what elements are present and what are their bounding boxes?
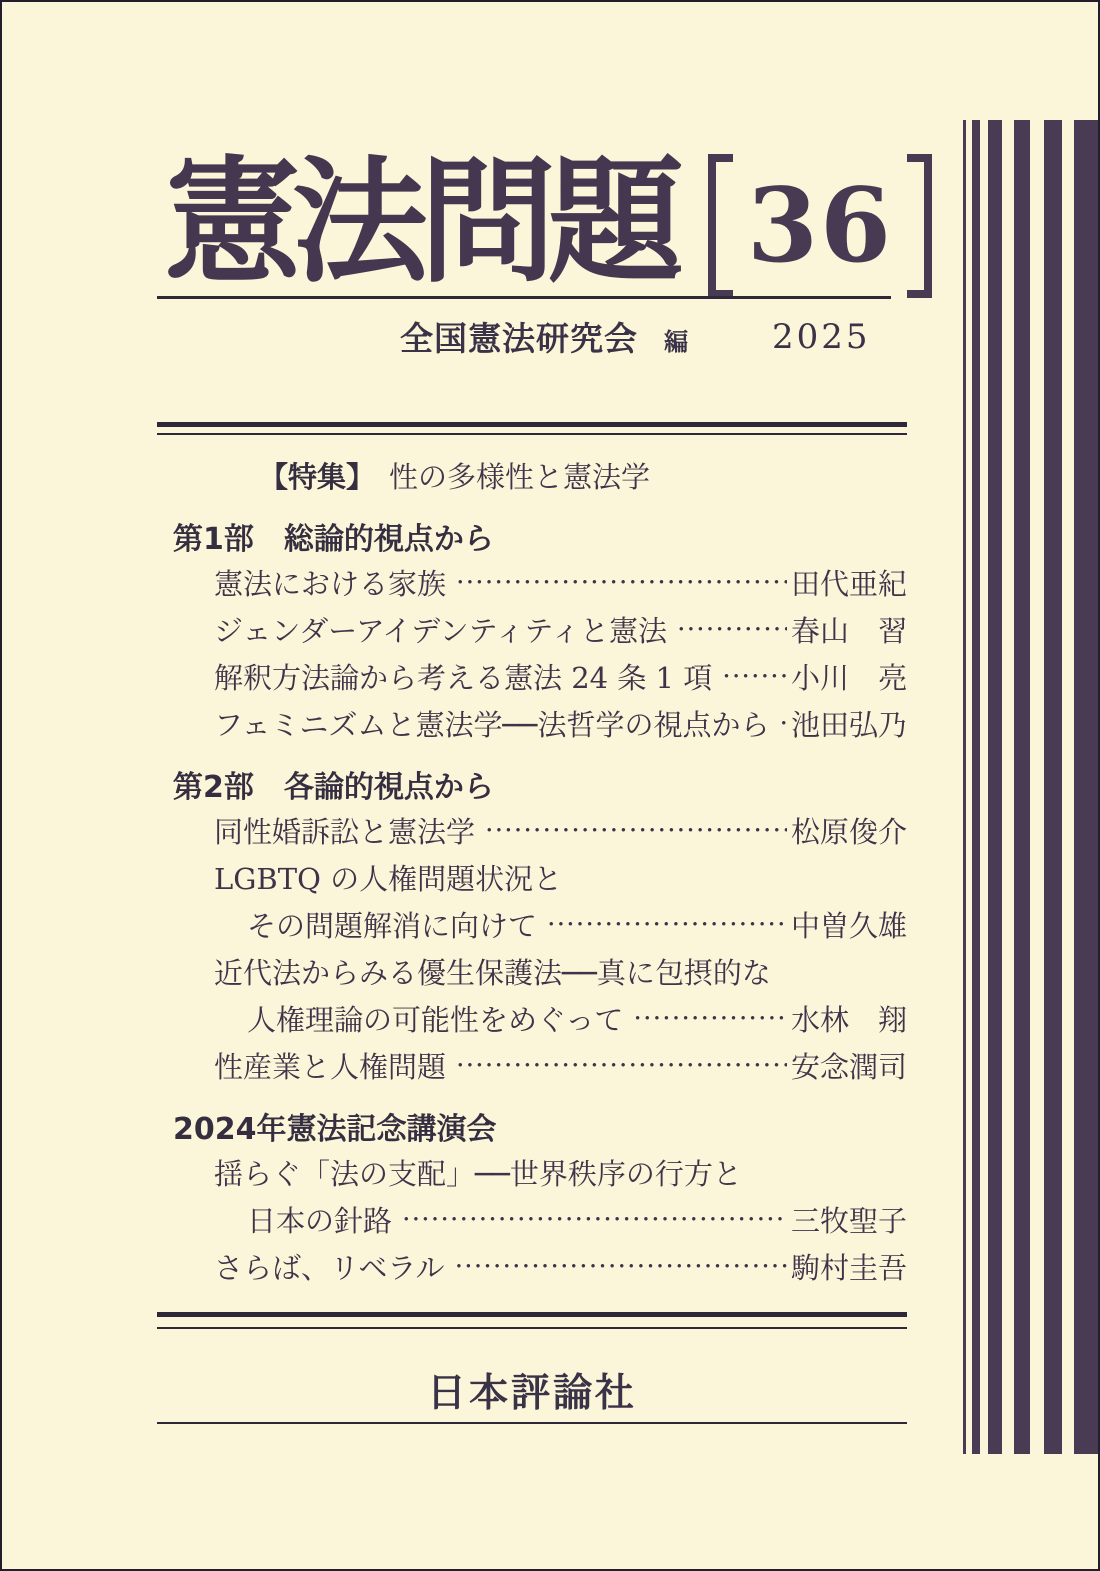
book-cover: 憲法問題 36 全国憲法研究会編 2025 【特集】 性の多様性と憲法学 第1部…	[0, 0, 1100, 1571]
cover-stripe	[972, 120, 980, 1454]
entry-author: 三牧聖子	[791, 1199, 907, 1240]
entry-author: 安念潤司	[791, 1045, 907, 1086]
toc-entry: さらば、リベラル································…	[157, 1243, 907, 1290]
cover-stripe	[1074, 120, 1100, 1454]
dot-leader: ········································…	[633, 1003, 787, 1034]
entry-author: 小川 亮	[791, 656, 907, 697]
editor-role: 編	[664, 328, 689, 356]
dot-leader: ········································…	[779, 708, 787, 739]
book-title: 憲法問題	[164, 142, 676, 302]
toc-entry: 解釈方法論から考える憲法 24 条 1 項···················…	[157, 653, 907, 700]
toc-entry: 同性婚訴訟と憲法学·······························…	[157, 807, 907, 854]
entry-title: LGBTQ の人権問題状況と	[214, 857, 562, 898]
toc-section-heading: 第1部 総論的視点から	[157, 512, 907, 559]
volume-number: 36	[733, 154, 907, 298]
entry-title: ジェンダーアイデンティティと憲法	[214, 609, 667, 650]
toc-top-rule-thick	[157, 422, 907, 427]
editor-name: 全国憲法研究会	[400, 319, 638, 358]
dot-leader: ········································…	[677, 614, 787, 645]
year-label: 2025	[772, 317, 871, 357]
entry-title: フェミニズムと憲法学──法哲学の視点から	[214, 703, 769, 744]
entry-author: 春山 習	[791, 609, 907, 650]
entry-author: 池田弘乃	[791, 703, 907, 744]
entry-title: 憲法における家族	[214, 562, 446, 603]
feature-label: 【特集】	[259, 455, 375, 496]
entry-author: 松原俊介	[791, 810, 907, 851]
dot-leader: ········································…	[485, 815, 787, 846]
volume-badge: 36	[708, 154, 932, 298]
dot-leader: ········································…	[456, 1050, 787, 1081]
table-of-contents: 【特集】 性の多様性と憲法学 第1部 総論的視点から憲法における家族······…	[157, 452, 907, 1290]
toc-entry: その問題解消に向けて······························…	[157, 901, 907, 948]
entry-author: 田代亜紀	[791, 562, 907, 603]
dot-leader: ········································…	[455, 1251, 787, 1282]
section-heading-text: 第1部 総論的視点から	[173, 514, 494, 558]
section-heading-text: 2024年憲法記念講演会	[173, 1104, 497, 1148]
cover-stripe	[988, 120, 1002, 1454]
cover-stripe	[963, 120, 966, 1454]
toc-entry: 性産業と人権問題································…	[157, 1042, 907, 1089]
entry-author: 水林 翔	[791, 998, 907, 1039]
entry-title: 近代法からみる優生保護法──真に包摂的な	[214, 951, 771, 992]
entry-title: 性産業と人権問題	[214, 1045, 446, 1086]
toc-top-rule-thin	[157, 433, 907, 435]
toc-bottom-rule-thick	[157, 1312, 907, 1317]
dot-leader: ········································…	[402, 1204, 787, 1235]
entry-title: 同性婚訴訟と憲法学	[214, 810, 475, 851]
toc-entry: LGBTQ の人権問題状況と	[157, 854, 907, 901]
toc-entry: 憲法における家族································…	[157, 559, 907, 606]
entry-title: 解釈方法論から考える憲法 24 条 1 項	[214, 656, 712, 697]
entry-title: 日本の針路	[247, 1199, 392, 1240]
entry-author: 中曽久雄	[791, 904, 907, 945]
toc-entry: 近代法からみる優生保護法──真に包摂的な	[157, 948, 907, 995]
toc-entry: 日本の針路···································…	[157, 1196, 907, 1243]
entry-title: その問題解消に向けて	[247, 904, 537, 945]
toc-entry: 揺らぐ「法の支配」──世界秩序の行方と	[157, 1149, 907, 1196]
entry-title: 人権理論の可能性をめぐって	[247, 998, 623, 1039]
publisher-name: 日本評論社	[157, 1362, 907, 1418]
section-heading-text: 第2部 各論的視点から	[173, 762, 494, 806]
toc-entry: ジェンダーアイデンティティと憲法························…	[157, 606, 907, 653]
volume-left-bracket-icon	[708, 154, 733, 298]
toc-section-heading: 第2部 各論的視点から	[157, 760, 907, 807]
dot-leader: ········································…	[547, 909, 787, 940]
toc-bottom-rule-thin	[157, 1327, 907, 1329]
toc-entry: 人権理論の可能性をめぐって···························…	[157, 995, 907, 1042]
toc-entry: フェミニズムと憲法学──法哲学の視点から····················…	[157, 700, 907, 747]
editor-line: 全国憲法研究会編	[400, 313, 689, 360]
title-underline	[157, 296, 891, 299]
entry-title: 揺らぐ「法の支配」──世界秩序の行方と	[214, 1152, 742, 1193]
dot-leader: ········································…	[722, 661, 787, 692]
volume-right-bracket-icon	[907, 154, 932, 298]
feature-heading: 【特集】 性の多様性と憲法学	[157, 452, 907, 499]
toc-section-heading: 2024年憲法記念講演会	[157, 1102, 907, 1149]
toc-rows: 第1部 総論的視点から憲法における家族·····················…	[157, 512, 907, 1290]
dot-leader: ········································…	[456, 567, 787, 598]
entry-author: 駒村圭吾	[791, 1246, 907, 1287]
feature-title: 性の多様性と憲法学	[389, 455, 650, 496]
cover-stripe	[1014, 120, 1030, 1454]
bottom-rule	[157, 1422, 907, 1424]
entry-title: さらば、リベラル	[214, 1246, 445, 1287]
cover-stripe	[1044, 120, 1062, 1454]
